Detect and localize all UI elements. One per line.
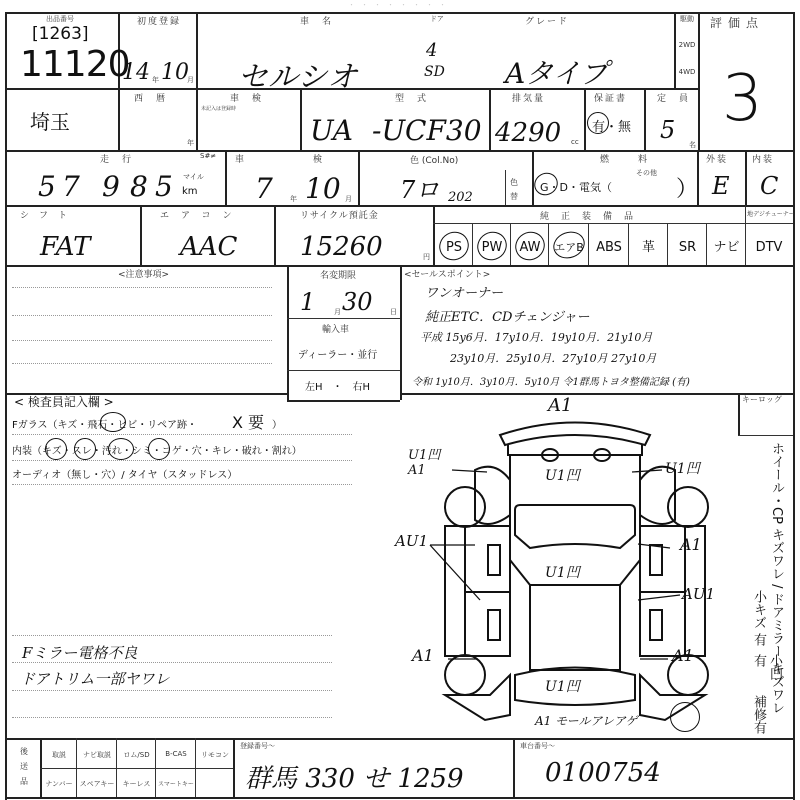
equip-sunroof[interactable]: SR [669, 233, 706, 263]
name-change-day: 30 [342, 288, 373, 316]
circle-mark-dirt [108, 438, 134, 460]
fuel-close: ） [676, 172, 698, 203]
mileage-unit-km[interactable]: km [182, 186, 198, 197]
lot-number: 11120 [20, 44, 130, 85]
capacity-value: 5 [660, 116, 675, 144]
acc-remote[interactable]: リモコン [197, 750, 233, 760]
side-vertical-small-dent: 小凹 有 [750, 654, 782, 694]
reg-number-value: 群馬 330 せ 1259 [245, 758, 464, 795]
model-prefix: UA [310, 114, 353, 147]
chassis-label: 車台番号～ [520, 741, 555, 751]
sales-point-4: 23y10月．25y10月．27y10月 27y10月 [450, 350, 656, 366]
acc-bcas[interactable]: B-CAS [157, 750, 195, 758]
capacity-label: 定 員 [657, 91, 690, 104]
sales-point-label: <セールスポイント> [404, 267, 490, 280]
model-label: 型 式 [395, 91, 428, 104]
recycle-unit: 円 [423, 252, 430, 262]
glass-mark: X 要 [232, 410, 264, 433]
import-handle[interactable]: 左H ・ 右H [305, 378, 370, 393]
circle-mark-rub [74, 438, 96, 460]
car-name-label: 車 名 [300, 14, 333, 27]
chassis-value: 0100754 [545, 758, 661, 788]
car-name: セルシオ [238, 52, 357, 96]
color-code: 202 [448, 190, 473, 205]
sales-point-1: ワンオーナー [425, 282, 503, 301]
mileage-label: 走 行 [100, 152, 133, 165]
year-unit-2: 年 [187, 138, 194, 148]
mileage-digit-4: 8 [130, 170, 148, 203]
mark-front-bumper: A1 [548, 395, 572, 416]
equip-dtv[interactable]: DTV [747, 233, 791, 263]
aircon-value: AAC [180, 232, 237, 262]
mileage-digit-3: 9 [102, 170, 120, 203]
side-vertical-repair: 補修有 [750, 695, 766, 740]
interior-label: 内装 [752, 152, 774, 165]
equip-abs[interactable]: ABS [590, 233, 628, 263]
equip-leather[interactable]: 革 [630, 233, 667, 263]
warranty-circle-mark [587, 112, 609, 134]
door-label: ドア [430, 14, 444, 24]
mileage-meter-label: S#≠ [200, 152, 216, 160]
handwritten-note-1: Fミラー電格不良 [22, 642, 137, 663]
color-label: 色 (Col.No) [410, 153, 458, 166]
keylog-label: キーロッグ [742, 394, 782, 405]
door-type: SD [424, 64, 445, 80]
shaken-year-unit: 年 [290, 194, 297, 204]
shaken-month-unit: 月 [345, 194, 352, 204]
faded-title: ・・・・・・・・ [260, 0, 540, 10]
inspection-label: 車 検 [230, 91, 263, 104]
mileage-digit-5: 5 [155, 170, 173, 203]
inspector-title: < 検査員記入欄 > [14, 393, 114, 410]
shift-label: シフト [20, 208, 77, 221]
acc-number-plate[interactable]: ナンバー [42, 779, 76, 789]
exterior-value: E [712, 172, 730, 200]
door-value: 4 [426, 40, 437, 61]
displacement-label: 排気量 [512, 91, 545, 104]
acc-manual[interactable]: 取説 [42, 750, 76, 760]
warranty-label: 保証書 [594, 91, 627, 104]
circle-mark-chip [100, 412, 126, 432]
handwritten-note-2: ドアトリム一部ヤワレ [20, 668, 170, 689]
capacity-unit: 名 [689, 140, 696, 150]
shaken-label: 車 検 [235, 152, 352, 165]
fuel-other: その他 [636, 168, 657, 178]
year-unit: 年 [152, 75, 159, 85]
mileage-digit-2: 7 [62, 170, 80, 203]
tuner-label: 地デジチューナー [747, 209, 795, 218]
mark-trunk: U1凹 [545, 676, 580, 696]
displacement-unit: cc [571, 138, 579, 146]
fuel-label: 燃 料 [600, 152, 657, 165]
damage-pointer-lines [400, 440, 720, 670]
shaken-month: 10 [305, 172, 341, 205]
first-reg-year: 14 [122, 60, 150, 85]
drive-label: 駆動 [676, 14, 698, 24]
mileage-unit-mile[interactable]: マイル [183, 172, 204, 182]
recycle-value: 15260 [300, 232, 383, 262]
circle-mark-stain [148, 438, 170, 460]
name-change-month-unit: 月 [334, 307, 341, 317]
drive-2wd[interactable]: 2WD [676, 41, 698, 49]
lot-label: 出品番号 [20, 14, 100, 24]
region: 埼玉 [30, 106, 70, 135]
sales-point-3: 平成 15y6月．17y10月．19y10月．21y10月 [420, 329, 652, 345]
acc-navi-manual[interactable]: ナビ取説 [78, 750, 116, 760]
color-value: 7ロ [400, 170, 439, 205]
recycle-label: リサイクル預託金 [300, 208, 379, 221]
lot-sub-number: [1263] [32, 24, 89, 44]
color-change-label: 色替 [510, 176, 520, 204]
shift-value: FAT [40, 232, 90, 262]
caution-label: <注意事項> [118, 267, 169, 280]
spare-tire-circle [670, 702, 700, 732]
score-label: 評価点 [710, 14, 764, 31]
equipment-label: 純正装備品 [540, 209, 645, 222]
glass-close: ） [272, 416, 282, 431]
acc-spare-key[interactable]: スペアキー [78, 779, 116, 789]
accessories-label: 後送品 [20, 744, 30, 789]
acc-keyless[interactable]: キーレス [118, 779, 155, 789]
year-type-label: 西 暦 [134, 91, 167, 104]
first-reg-label: 初度登録 [124, 14, 194, 27]
circle-mark-scratch [45, 438, 67, 460]
displacement-value: 4290 [495, 118, 561, 148]
grade-value: Aタイプ [505, 52, 608, 92]
score-value: 3 [722, 62, 763, 136]
interior-value: C [760, 172, 778, 200]
sales-point-5: 令和 1y10月．3y10月．5y10月 令1群馬トヨタ整備記録 (有) [412, 373, 690, 388]
first-reg-month: 10 [161, 60, 189, 85]
audio-line: オーディオ（無し・穴）/ タイヤ（スタッドレス） [12, 466, 237, 481]
import-dealer[interactable]: ディーラー・並行 [298, 346, 377, 361]
mark-rear-bumper: A1 モールアレアゲ [535, 712, 638, 729]
side-vertical-small-scratch: 小キズ 有 [750, 590, 766, 650]
grade-label: グレード [525, 14, 569, 27]
acc-rom-sd[interactable]: ロム/SD [118, 750, 155, 760]
sales-point-2: 純正ETC．CDチェンジャー [425, 306, 590, 325]
name-change-label: 名変期限 [320, 268, 356, 281]
acc-smart-key[interactable]: スマートキー [157, 779, 195, 788]
aircon-label: エアコン [160, 208, 244, 221]
inspection-note: 未記入は登録時 [201, 105, 236, 112]
reg-number-label: 登録番号～ [240, 741, 275, 751]
name-change-day-unit: 日 [390, 307, 397, 317]
name-change-month: 1 [300, 288, 315, 316]
equip-navi[interactable]: ナビ [708, 233, 745, 263]
drive-4wd[interactable]: 4WD [676, 68, 698, 76]
shaken-year: 7 [255, 172, 273, 205]
import-label: 輸入車 [322, 322, 349, 335]
model-code: -UCF30 [372, 114, 482, 147]
month-unit: 月 [187, 75, 194, 85]
exterior-label: 外装 [706, 152, 728, 165]
